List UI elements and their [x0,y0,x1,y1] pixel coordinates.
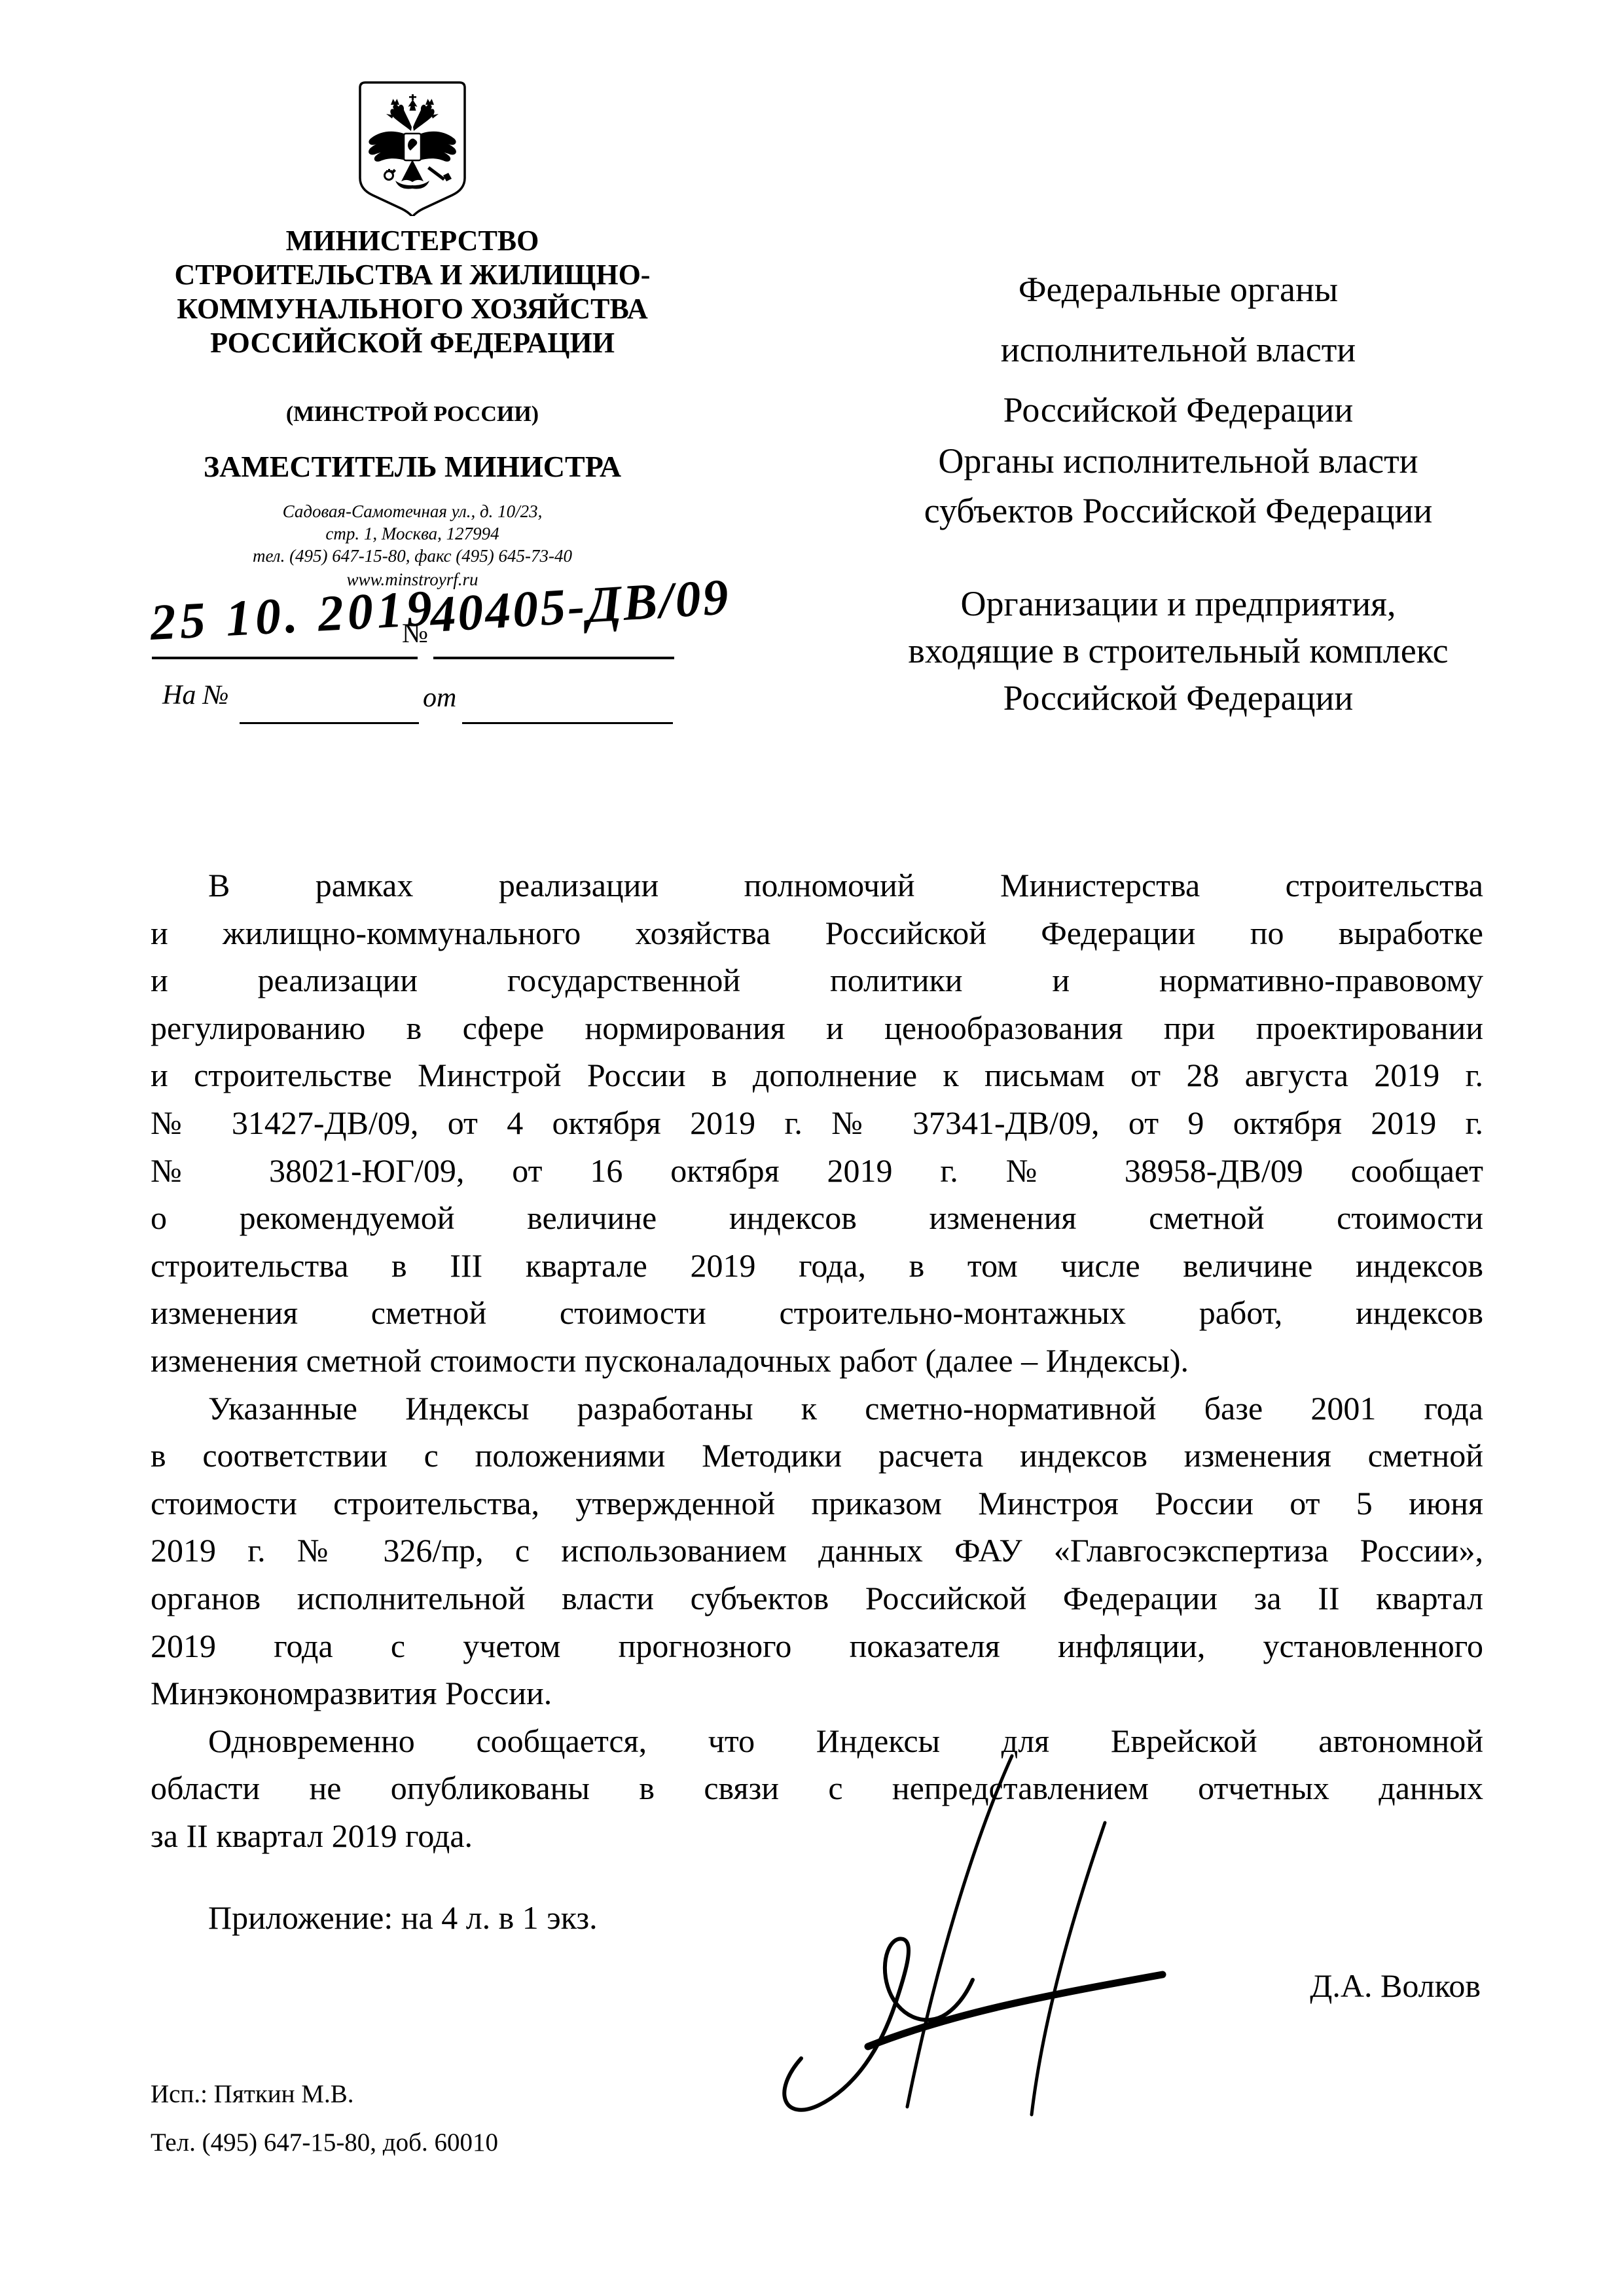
reply-number-blank-underline [240,722,419,724]
russia-coat-of-arms-icon [356,79,469,216]
body-line: В рамках реализации полномочий Министерс… [151,862,1483,909]
deputy-minister-title: ЗАМЕСТИТЕЛЬ МИНИСТРА [145,449,679,484]
addressee-regional-bodies: Органы исполнительной властисубъектов Ро… [857,436,1499,536]
body-line: № 38021-ЮГ/09, от 16 октября 2019 г. № 3… [151,1147,1483,1195]
addressee-line: Российской Федерации [857,674,1499,721]
ministry-name-line: СТРОИТЕЛЬСТВА И ЖИЛИЩНО- [145,258,679,292]
addressee-line: Российской Федерации [857,380,1499,440]
ministry-name-line: РОССИЙСКОЙ ФЕДЕРАЦИИ [145,326,679,360]
number-sign-label: № [402,618,428,649]
reply-from-label: от [423,682,456,714]
reply-number-label: На № [162,680,228,711]
ministry-name: МИНИСТЕРСТВОСТРОИТЕЛЬСТВА И ЖИЛИЩНО-КОММ… [145,224,679,360]
footer-executor-block: Исп.: Пяткин М.В. Тел. (495) 647-15-80, … [151,2070,498,2167]
body-line: изменения сметной стоимости пусконаладоч… [151,1337,1483,1385]
letter-body: В рамках реализации полномочий Министерс… [151,862,1483,1859]
body-line: Указанные Индексы разработаны к сметно-н… [151,1385,1483,1432]
executor-phone: Тел. (495) 647-15-80, доб. 60010 [151,2119,498,2167]
address-line: Садовая-Самотечная ул., д. 10/23, [145,500,679,522]
ministry-short-name: (МИНСТРОЙ РОССИИ) [145,402,679,427]
ministry-name-line: МИНИСТЕРСТВО [145,224,679,258]
body-line: и реализации государственной политики и … [151,957,1483,1004]
addressee-organizations: Организации и предприятия,входящие в стр… [857,580,1499,721]
date-underline [152,657,418,659]
body-paragraph-1: В рамках реализации полномочий Министерс… [151,862,1483,1385]
body-line: № 31427-ДВ/09, от 4 октября 2019 г. № 37… [151,1099,1483,1147]
attachment-note: Приложение: на 4 л. в 1 экз. [208,1899,598,1937]
body-line: в соответствии с положениями Методики ра… [151,1432,1483,1480]
body-line: 2019 года с учетом прогнозного показател… [151,1622,1483,1670]
addressee-line: субъектов Российской Федерации [857,486,1499,536]
addressee-line: Органы исполнительной власти [857,436,1499,486]
signer-name: Д.А. Волков [1113,1967,1481,2005]
signature-autograph [738,1739,1170,2119]
body-line: о рекомендуемой величине индексов измене… [151,1194,1483,1242]
body-line: органов исполнительной власти субъектов … [151,1575,1483,1622]
body-line: и жилищно-коммунального хозяйства Россий… [151,909,1483,957]
addressee-line: входящие в строительный комплекс [857,627,1499,674]
body-line: строительства в III квартале 2019 года, … [151,1242,1483,1290]
scanned-letter-page: МИНИСТЕРСТВОСТРОИТЕЛЬСТВА И ЖИЛИЩНО-КОММ… [0,0,1624,2296]
ministry-address: Садовая-Самотечная ул., д. 10/23,стр. 1,… [145,500,679,567]
reply-date-blank-underline [462,722,673,724]
addressee-federal-bodies: Федеральные органыисполнительной властиР… [857,259,1499,440]
body-line: и строительстве Минстрой России в дополн… [151,1051,1483,1099]
body-line: изменения сметной стоимости строительно-… [151,1289,1483,1337]
executor-name: Исп.: Пяткин М.В. [151,2070,498,2119]
addressee-line: Организации и предприятия, [857,580,1499,627]
body-line: регулированию в сфере нормирования и цен… [151,1004,1483,1052]
body-line: Минэкономразвития России. [151,1669,1483,1717]
address-line: стр. 1, Москва, 127994 [145,522,679,545]
address-line: тел. (495) 647-15-80, факс (495) 645-73-… [145,545,679,567]
body-line: 2019 г. № 326/пр, с использованием данны… [151,1527,1483,1575]
body-paragraph-2: Указанные Индексы разработаны к сметно-н… [151,1385,1483,1717]
body-line: стоимости строительства, утвержденной пр… [151,1480,1483,1527]
ministry-name-line: КОММУНАЛЬНОГО ХОЗЯЙСТВА [145,292,679,326]
addressee-line: исполнительной власти [857,319,1499,380]
addressee-line: Федеральные органы [857,259,1499,319]
number-underline [433,657,674,659]
